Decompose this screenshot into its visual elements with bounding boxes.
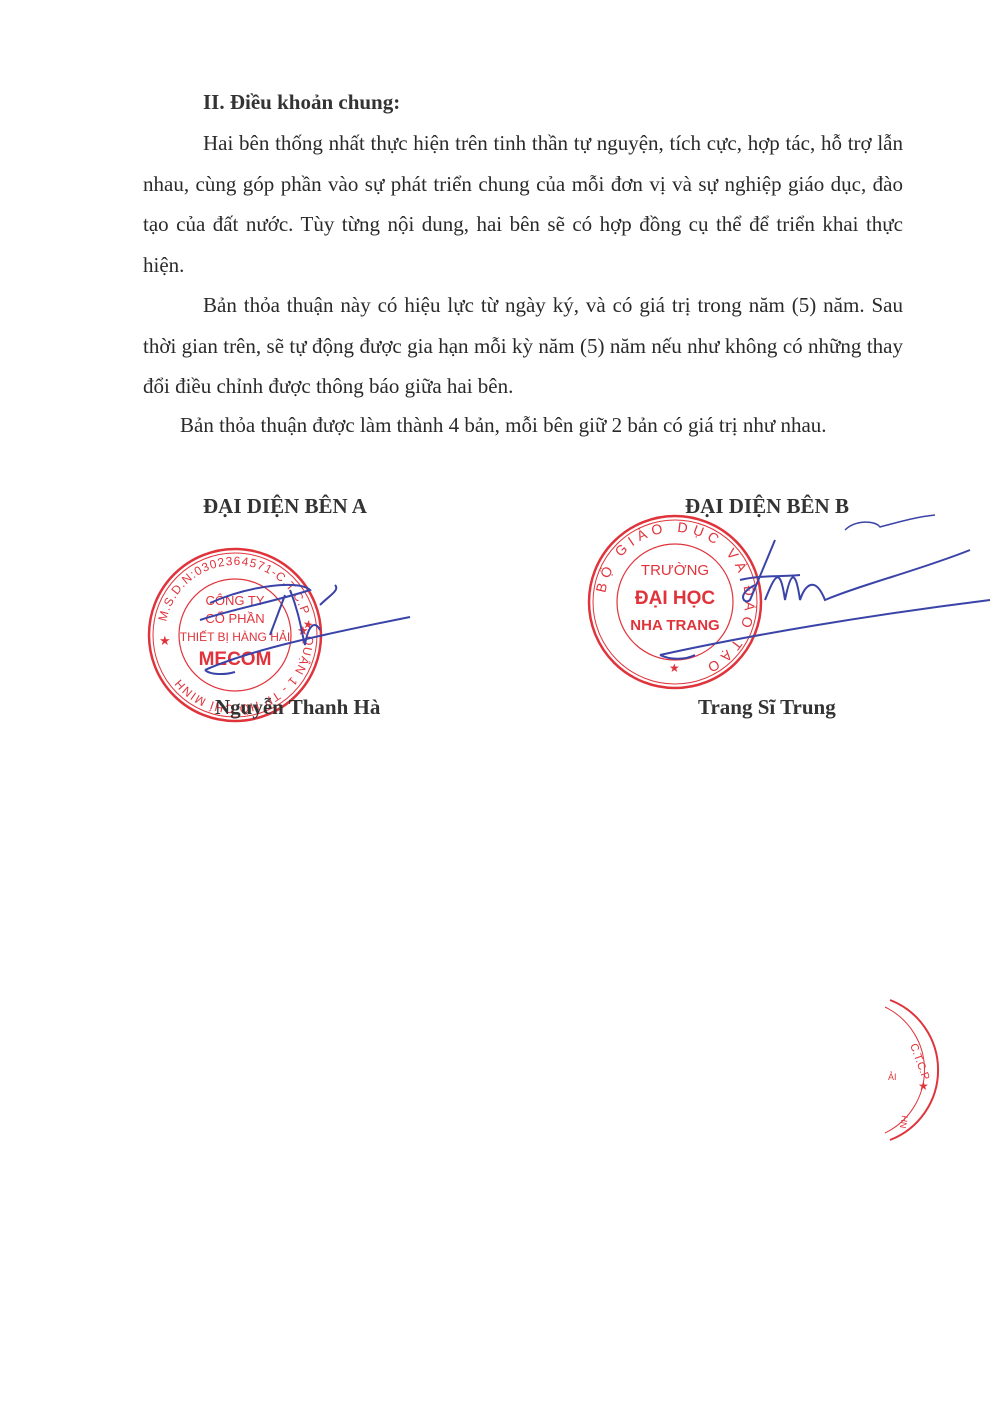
paragraph-copies: Bản thỏa thuận được làm thành 4 bản, mỗi…	[180, 405, 905, 446]
svg-text:C.T.C.P: C.T.C.P	[907, 1042, 931, 1082]
party-a-signature	[190, 575, 420, 685]
paragraph-text: Bản thỏa thuận này có hiệu lực từ ngày k…	[143, 293, 903, 398]
party-a-name: Nguyễn Thanh Hà	[215, 695, 380, 720]
paragraph-text: Bản thỏa thuận được làm thành 4 bản, mỗi…	[180, 413, 827, 437]
party-b-signature	[650, 505, 995, 665]
party-a-title: ĐẠI DIỆN BÊN A	[203, 494, 367, 519]
party-b-name: Trang Sĩ Trung	[698, 695, 836, 720]
svg-text:ẢI: ẢI	[888, 1071, 897, 1082]
paragraph-cooperation: Hai bên thống nhất thực hiện trên tinh t…	[143, 123, 903, 285]
svg-text:★: ★	[159, 633, 171, 648]
section-heading: II. Điều khoản chung:	[203, 90, 400, 115]
svg-text:★: ★	[918, 1079, 929, 1093]
svg-text:HN: HN	[898, 1115, 910, 1130]
edge-stamp-fragment: C.T.C.P ẢI ★ HN	[880, 995, 950, 1145]
paragraph-text: Hai bên thống nhất thực hiện trên tinh t…	[143, 131, 903, 277]
paragraph-validity: Bản thỏa thuận này có hiệu lực từ ngày k…	[143, 285, 903, 407]
